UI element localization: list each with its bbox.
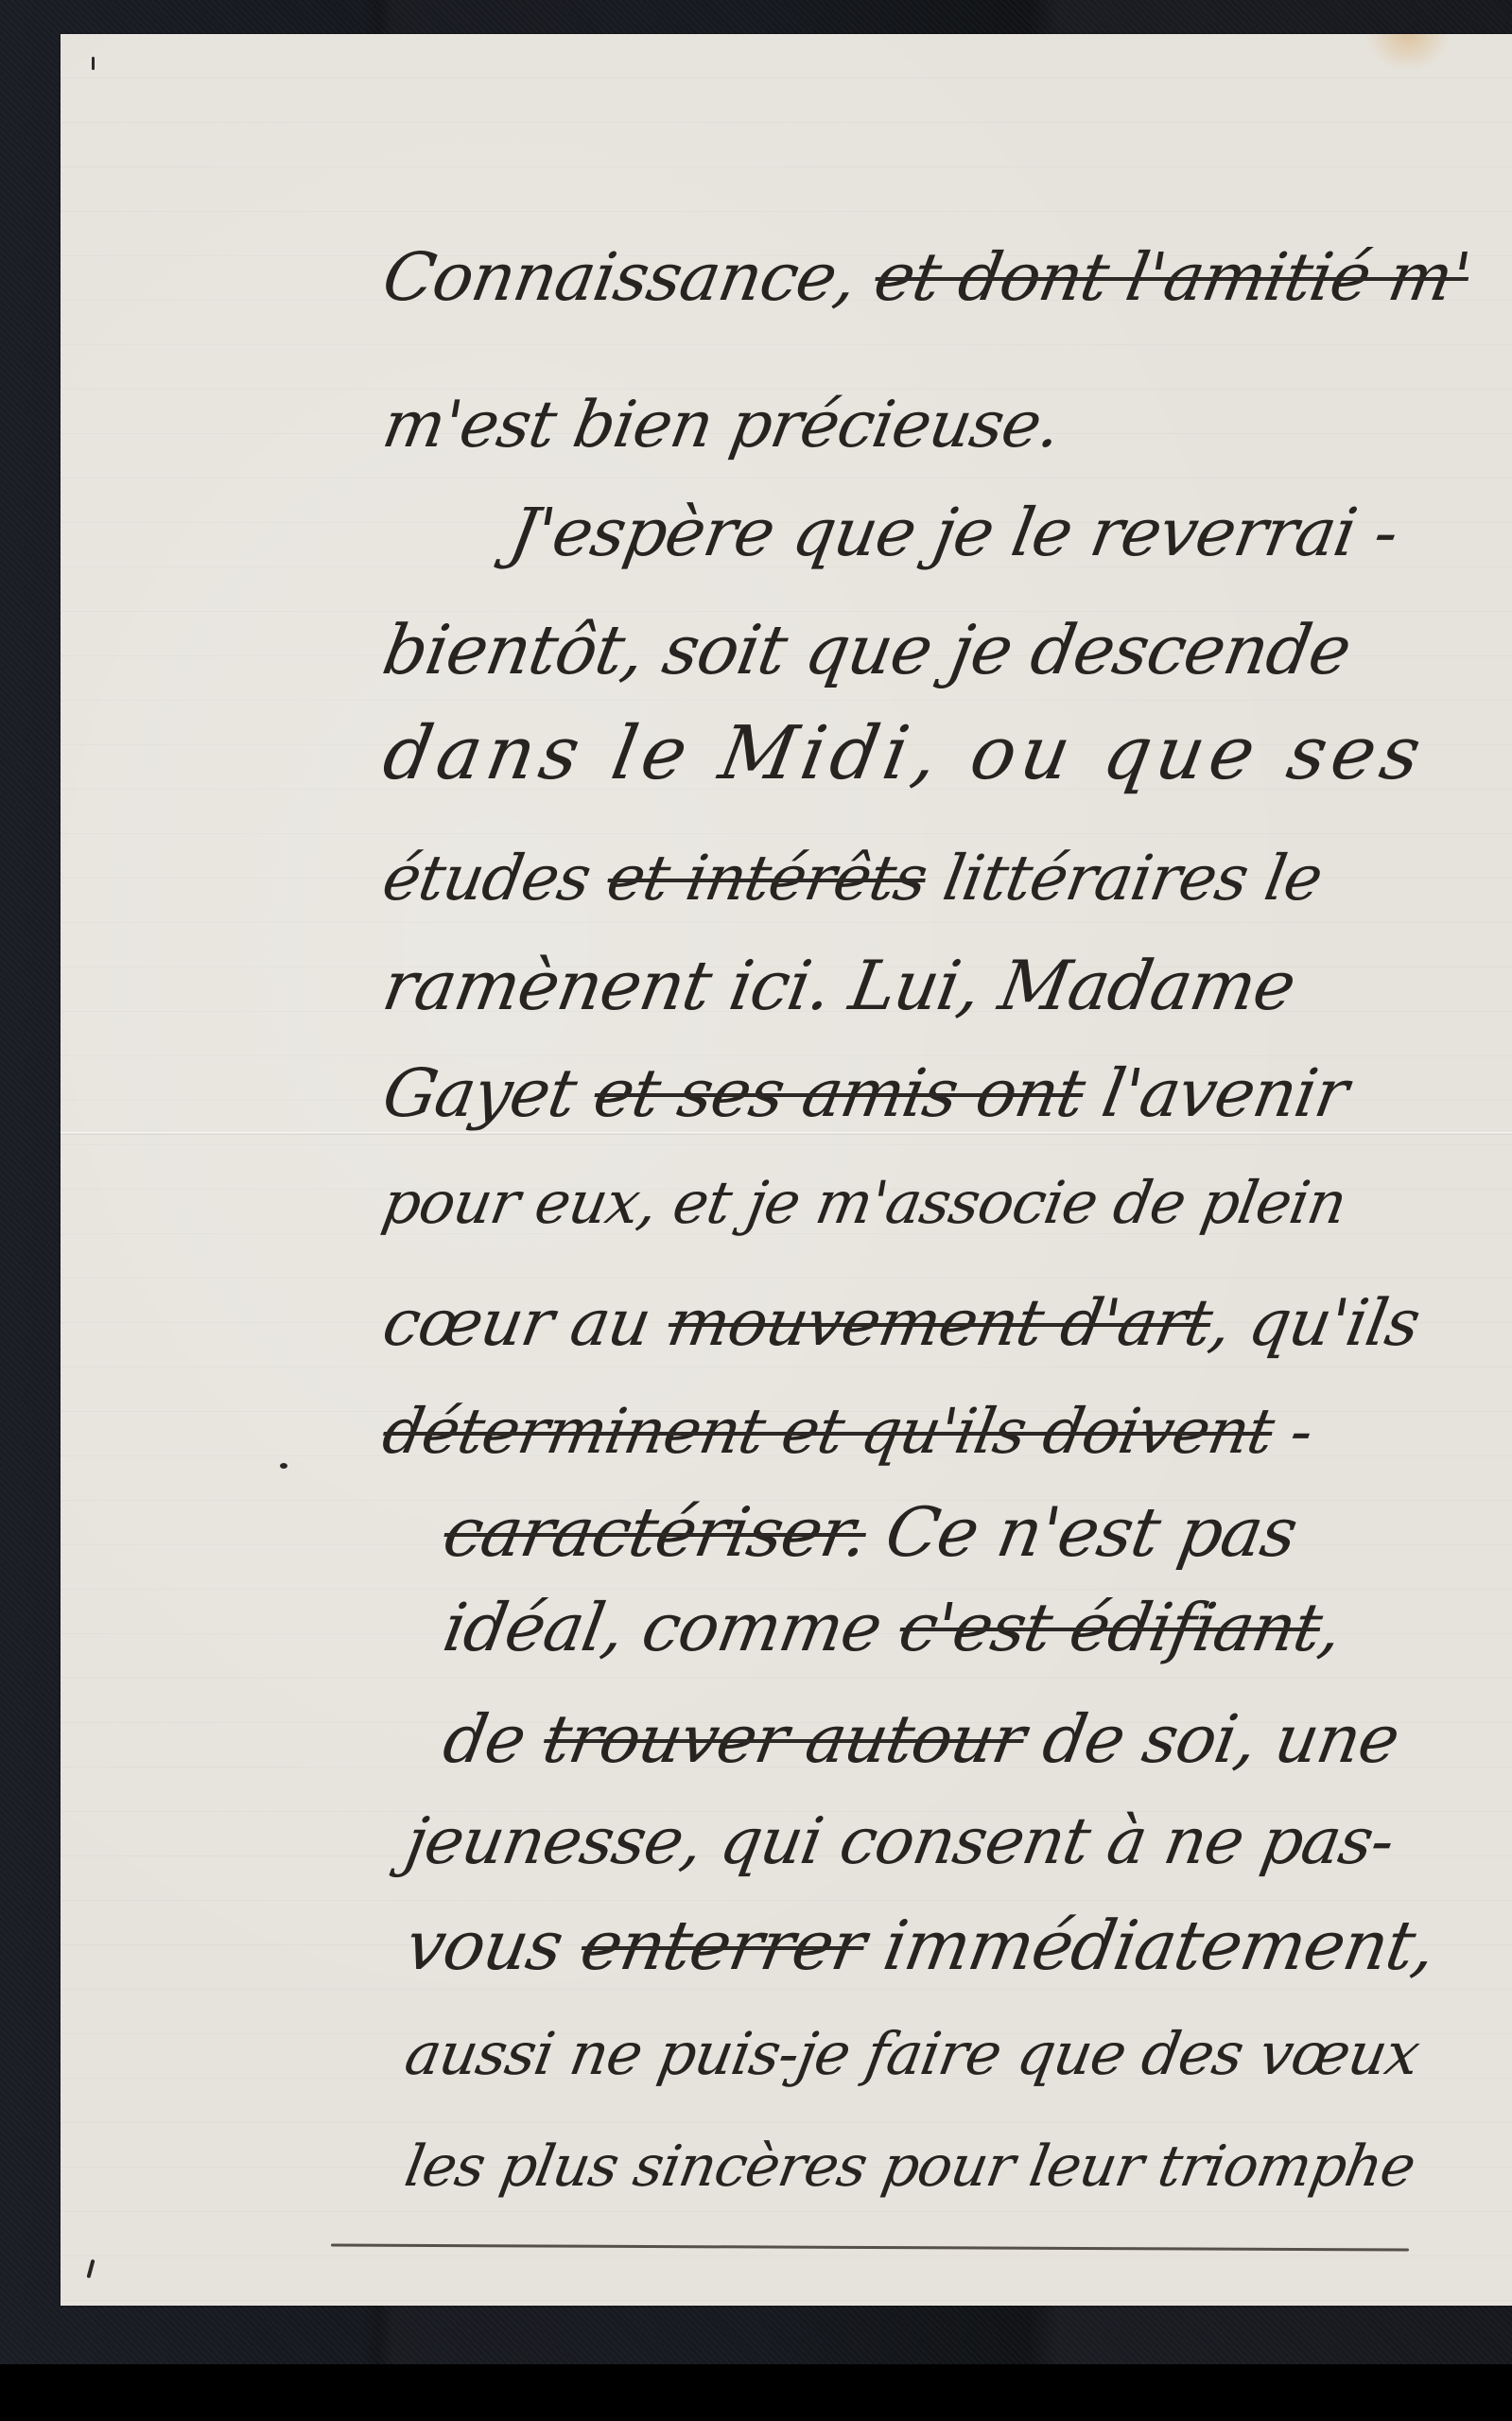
line-text: littéraires le bbox=[919, 842, 1328, 914]
line-text: de bbox=[438, 1700, 551, 1778]
line-text: les plus sincères pour leur triomphe bbox=[400, 2134, 1419, 2200]
line-text: , qu'ils bbox=[1204, 1286, 1425, 1361]
letter-line-10: cœur au mouvement d'art, qu'ils bbox=[378, 1292, 1424, 1356]
letter-line-12: caractériser. Ce n'est pas bbox=[439, 1498, 1302, 1566]
letter-line-11: déterminent et qu'ils doivent - bbox=[378, 1401, 1317, 1463]
letter-line-17: aussi ne puis-je faire que des vœux bbox=[401, 2025, 1423, 2083]
letter-line-2: m'est bien précieuse. bbox=[378, 393, 1065, 458]
letter-line-3: J'espère que je le reverrai - bbox=[505, 499, 1402, 566]
letter-line-7: ramènent ici. Lui, Madame bbox=[378, 951, 1300, 1019]
margin-mark-bottom bbox=[86, 2259, 95, 2278]
letter-line-4: bientôt, soit que je descende bbox=[378, 616, 1355, 684]
line-text: immédiatement, bbox=[858, 1906, 1442, 1985]
line-text: bientôt, soit que je descende bbox=[377, 610, 1356, 689]
letter-line-1: Connaissance, et dont l'amitié m' bbox=[378, 244, 1474, 310]
struck-text: et intérêts bbox=[601, 842, 931, 914]
line-text: J'espère que je le reverrai - bbox=[504, 494, 1403, 571]
struck-text: et ses amis ont bbox=[588, 1054, 1090, 1132]
line-text: pour eux, et je m'associe de plein bbox=[377, 1168, 1351, 1237]
line-text: cœur au bbox=[377, 1286, 675, 1361]
paper-stain bbox=[1365, 34, 1451, 72]
line-text: de soi, une bbox=[1017, 1700, 1405, 1778]
letter-line-15: jeunesse, qui consent à ne pas- bbox=[401, 1810, 1399, 1874]
struck-text: et dont l'amitié m' bbox=[869, 238, 1476, 316]
letter-line-6: études et intérêts littéraires le bbox=[378, 847, 1327, 910]
line-text: Connaissance, bbox=[377, 238, 882, 316]
line-text: jeunesse, qui consent à ne pas- bbox=[400, 1804, 1399, 1879]
bottom-black-band bbox=[0, 2364, 1512, 2421]
paper-fold-crease bbox=[61, 1132, 1512, 1135]
line-text: vous bbox=[400, 1906, 589, 1985]
letter-line-18: les plus sincères pour leur triomphe bbox=[401, 2138, 1419, 2195]
letter-line-13: idéal, comme c'est édifiant, bbox=[439, 1594, 1347, 1661]
margin-ink-dot bbox=[280, 1463, 287, 1469]
letter-line-14: de trouver autour de soi, une bbox=[439, 1706, 1403, 1772]
letter-line-16: vous enterrer immédiatement, bbox=[401, 1911, 1440, 1979]
letter-line-9: pour eux, et je m'associe de plein bbox=[378, 1174, 1350, 1232]
struck-text: trouver autour bbox=[537, 1700, 1031, 1778]
struck-text: caractériser. bbox=[438, 1492, 874, 1572]
struck-text: enterrer bbox=[575, 1906, 871, 1985]
line-text: idéal, comme bbox=[438, 1589, 907, 1666]
line-text: dans le Midi, ou que ses bbox=[377, 711, 1433, 796]
struck-text: c'est édifiant bbox=[894, 1589, 1328, 1666]
struck-text: déterminent et qu'ils doivent bbox=[377, 1395, 1278, 1468]
closing-underline-rule bbox=[331, 2244, 1409, 2252]
letter-page: Connaissance, et dont l'amitié m' m'est … bbox=[61, 34, 1512, 2306]
line-text: études bbox=[377, 842, 615, 914]
letter-line-8: Gayet et ses amis ont l'avenir bbox=[378, 1060, 1352, 1126]
letter-line-5: dans le Midi, ou que ses bbox=[378, 717, 1432, 791]
line-text: m'est bien précieuse. bbox=[377, 388, 1066, 462]
line-text: aussi ne puis-je faire que des vœux bbox=[400, 2019, 1424, 2088]
margin-mark-top bbox=[92, 57, 95, 70]
line-text: l'avenir bbox=[1076, 1054, 1353, 1132]
line-text: Gayet bbox=[377, 1054, 601, 1132]
line-text: ramènent ici. Lui, Madame bbox=[377, 946, 1301, 1025]
line-text: Ce n'est pas bbox=[860, 1492, 1303, 1572]
struck-text: mouvement d'art bbox=[662, 1286, 1217, 1361]
